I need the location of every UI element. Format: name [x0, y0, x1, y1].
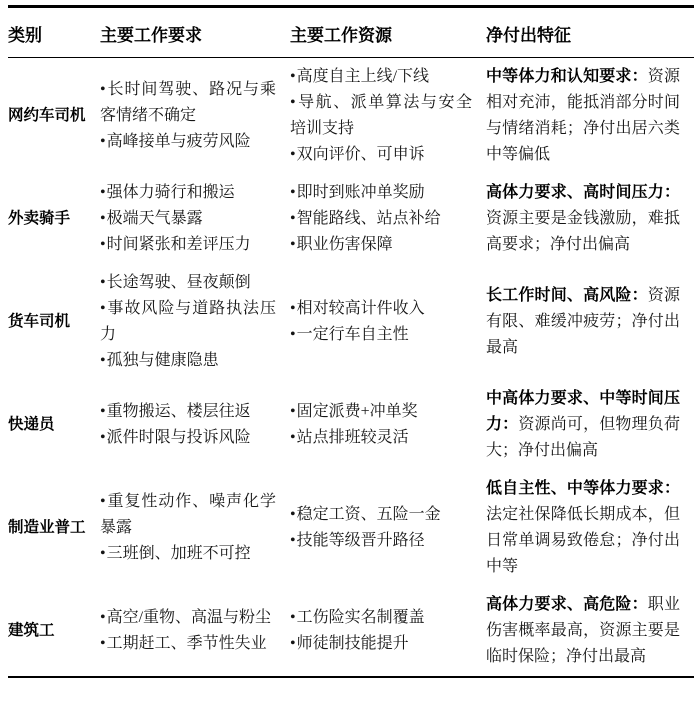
requirements-cell: 高空/重物、高温与粉尘 工期赶工、季节性失业 — [100, 586, 290, 677]
category-cell: 网约车司机 — [8, 58, 100, 175]
net-effort-lead: 高体力要求、高时间压力： — [486, 184, 680, 201]
net-effort-cell: 低自主性、中等体力要求：法定社保降低长期成本，但日常单调易致倦怠；净付出中等 — [486, 470, 694, 586]
requirements-cell: 长时间驾驶、路况与乘客情绪不确定 高峰接单与疲劳风险 — [100, 58, 290, 175]
table-row: 外卖骑手 强体力骑行和搬运 极端天气暴露 时间紧张和差评压力 即时到账冲单奖励 … — [8, 174, 694, 264]
bullet-item: 时间紧张和差评压力 — [100, 232, 276, 258]
table-row: 制造业普工 重复性动作、噪声化学暴露 三班倒、加班不可控 稳定工资、五险一金 技… — [8, 470, 694, 586]
bullet-item: 一定行车自主性 — [290, 322, 472, 348]
header-row: 类别 主要工作要求 主要工作资源 净付出特征 — [8, 7, 694, 58]
net-effort-lead: 高体力要求、高危险： — [486, 596, 648, 613]
bullet-item: 强体力骑行和搬运 — [100, 180, 276, 206]
bullet-item: 事故风险与道路执法压力 — [100, 296, 276, 348]
bullet-item: 导航、派单算法与安全培训支持 — [290, 90, 472, 142]
bullet-item: 长途驾驶、昼夜颠倒 — [100, 270, 276, 296]
bullet-item: 高度自主上线/下线 — [290, 64, 472, 90]
net-effort-cell: 中高体力要求、中等时间压力：资源尚可，但物理负荷大；净付出偏高 — [486, 380, 694, 470]
document-page: 类别 主要工作要求 主要工作资源 净付出特征 网约车司机 长时间驾驶、路况与乘客… — [0, 0, 698, 678]
net-effort-text: 资源主要是金钱激励，难抵高要求；净付出偏高 — [486, 210, 680, 253]
bullet-item: 师徒制技能提升 — [290, 631, 472, 657]
net-effort-cell: 高体力要求、高时间压力：资源主要是金钱激励，难抵高要求；净付出偏高 — [486, 174, 694, 264]
net-effort-text: 法定社保降低长期成本，但日常单调易致倦怠；净付出中等 — [486, 506, 680, 575]
bullet-item: 三班倒、加班不可控 — [100, 541, 276, 567]
net-effort-lead: 中等体力和认知要求： — [486, 68, 648, 85]
net-effort-cell: 长工作时间、高风险：资源有限、难缓冲疲劳；净付出最高 — [486, 264, 694, 380]
bullet-item: 智能路线、站点补给 — [290, 206, 472, 232]
net-effort-cell: 高体力要求、高危险：职业伤害概率最高，资源主要是临时保险；净付出最高 — [486, 586, 694, 677]
requirements-cell: 长途驾驶、昼夜颠倒 事故风险与道路执法压力 孤独与健康隐患 — [100, 264, 290, 380]
bullet-item: 孤独与健康隐患 — [100, 348, 276, 374]
resources-cell: 工伤险实名制覆盖 师徒制技能提升 — [290, 586, 486, 677]
resources-cell: 固定派费+冲单奖 站点排班较灵活 — [290, 380, 486, 470]
table-row: 快递员 重物搬运、楼层往返 派件时限与投诉风险 固定派费+冲单奖 站点排班较灵活… — [8, 380, 694, 470]
bullet-item: 固定派费+冲单奖 — [290, 399, 472, 425]
requirements-cell: 重复性动作、噪声化学暴露 三班倒、加班不可控 — [100, 470, 290, 586]
category-cell: 制造业普工 — [8, 470, 100, 586]
bullet-item: 重复性动作、噪声化学暴露 — [100, 489, 276, 541]
requirements-cell: 强体力骑行和搬运 极端天气暴露 时间紧张和差评压力 — [100, 174, 290, 264]
bullet-item: 重物搬运、楼层往返 — [100, 399, 276, 425]
category-cell: 货车司机 — [8, 264, 100, 380]
bullet-item: 职业伤害保障 — [290, 232, 472, 258]
category-cell: 建筑工 — [8, 586, 100, 677]
net-effort-lead: 低自主性、中等体力要求： — [486, 480, 680, 497]
resources-cell: 即时到账冲单奖励 智能路线、站点补给 职业伤害保障 — [290, 174, 486, 264]
net-effort-lead: 长工作时间、高风险： — [486, 287, 648, 304]
net-effort-cell: 中等体力和认知要求：资源相对充沛，能抵消部分时间与情绪消耗；净付出居六类中等偏低 — [486, 58, 694, 175]
bullet-item: 即时到账冲单奖励 — [290, 180, 472, 206]
col-header-resources: 主要工作资源 — [290, 7, 486, 58]
category-cell: 快递员 — [8, 380, 100, 470]
bullet-item: 派件时限与投诉风险 — [100, 425, 276, 451]
bullet-item: 工伤险实名制覆盖 — [290, 605, 472, 631]
bullet-item: 站点排班较灵活 — [290, 425, 472, 451]
category-cell: 外卖骑手 — [8, 174, 100, 264]
table-row: 建筑工 高空/重物、高温与粉尘 工期赶工、季节性失业 工伤险实名制覆盖 师徒制技… — [8, 586, 694, 677]
col-header-net-effort: 净付出特征 — [486, 7, 694, 58]
requirements-cell: 重物搬运、楼层往返 派件时限与投诉风险 — [100, 380, 290, 470]
bullet-item: 极端天气暴露 — [100, 206, 276, 232]
bullet-item: 高峰接单与疲劳风险 — [100, 129, 276, 155]
col-header-category: 类别 — [8, 7, 100, 58]
resources-cell: 稳定工资、五险一金 技能等级晋升路径 — [290, 470, 486, 586]
bullet-item: 稳定工资、五险一金 — [290, 502, 472, 528]
bullet-item: 双向评价、可申诉 — [290, 142, 472, 168]
col-header-requirements: 主要工作要求 — [100, 7, 290, 58]
bullet-item: 相对较高计件收入 — [290, 296, 472, 322]
table-row: 网约车司机 长时间驾驶、路况与乘客情绪不确定 高峰接单与疲劳风险 高度自主上线/… — [8, 58, 694, 175]
resources-cell: 高度自主上线/下线 导航、派单算法与安全培训支持 双向评价、可申诉 — [290, 58, 486, 175]
bullet-item: 工期赶工、季节性失业 — [100, 631, 276, 657]
resources-cell: 相对较高计件收入 一定行车自主性 — [290, 264, 486, 380]
table-row: 货车司机 长途驾驶、昼夜颠倒 事故风险与道路执法压力 孤独与健康隐患 相对较高计… — [8, 264, 694, 380]
bullet-item: 高空/重物、高温与粉尘 — [100, 605, 276, 631]
worker-comparison-table: 类别 主要工作要求 主要工作资源 净付出特征 网约车司机 长时间驾驶、路况与乘客… — [8, 5, 694, 678]
bullet-item: 长时间驾驶、路况与乘客情绪不确定 — [100, 77, 276, 129]
bullet-item: 技能等级晋升路径 — [290, 528, 472, 554]
